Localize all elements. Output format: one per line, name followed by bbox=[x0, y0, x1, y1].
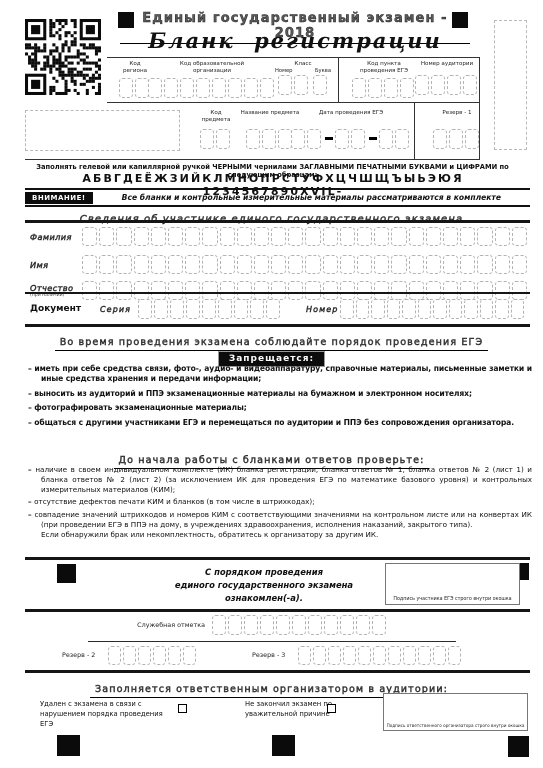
char-cell[interactable] bbox=[477, 281, 492, 300]
char-cell[interactable] bbox=[116, 227, 131, 246]
acknowledgement-text: С порядком проведения единого государств… bbox=[148, 566, 380, 605]
char-cell[interactable] bbox=[374, 227, 389, 246]
char-cell[interactable] bbox=[335, 129, 349, 149]
prohibited-item: иметь при себе средства связи, фото-, ау… bbox=[28, 364, 532, 385]
char-cell[interactable] bbox=[202, 227, 217, 246]
char-cell[interactable] bbox=[151, 255, 166, 274]
char-cell[interactable] bbox=[358, 646, 371, 665]
field-school-code-cells[interactable] bbox=[142, 78, 282, 98]
char-cell[interactable] bbox=[418, 646, 431, 665]
char-cell[interactable] bbox=[340, 615, 354, 635]
field-reserve-1: Резерв - 1 bbox=[431, 110, 483, 149]
char-cell[interactable] bbox=[216, 129, 230, 149]
field-subject-code: Код предмета bbox=[194, 110, 238, 149]
char-cell[interactable] bbox=[291, 129, 305, 149]
organizer-signature-caption: Подпись ответственного организатора стро… bbox=[384, 723, 527, 728]
char-cell[interactable] bbox=[343, 646, 356, 665]
char-cell[interactable] bbox=[328, 646, 341, 665]
not-finished-checkbox[interactable] bbox=[327, 704, 336, 713]
barcode-area-vertical bbox=[494, 20, 527, 150]
char-cell[interactable] bbox=[262, 129, 276, 149]
char-cell[interactable] bbox=[460, 227, 475, 246]
char-cell[interactable] bbox=[443, 281, 458, 300]
char-cell[interactable] bbox=[448, 646, 461, 665]
char-cell[interactable] bbox=[447, 75, 461, 95]
field-station-code: Код пункта проведения ЕГЭ bbox=[348, 61, 420, 98]
registration-mark-mid-left bbox=[57, 564, 76, 583]
char-cell[interactable] bbox=[324, 615, 338, 635]
char-cell[interactable] bbox=[403, 646, 416, 665]
section-bar bbox=[25, 324, 530, 327]
registration-mark-bottom-left bbox=[57, 735, 80, 756]
char-cell[interactable] bbox=[351, 129, 365, 149]
field-school-code: Код образовательной организации bbox=[142, 61, 282, 98]
firstname-label: Имя bbox=[30, 260, 82, 270]
char-cell[interactable] bbox=[170, 299, 184, 319]
char-cell[interactable] bbox=[218, 299, 232, 319]
char-cell[interactable] bbox=[212, 615, 226, 635]
participant-signature-caption: Подпись участника ЕГЭ строго внутри окош… bbox=[386, 597, 519, 602]
char-cell[interactable] bbox=[495, 299, 509, 319]
char-cell[interactable] bbox=[134, 255, 149, 274]
char-cell[interactable] bbox=[387, 299, 401, 319]
char-cell[interactable] bbox=[464, 299, 478, 319]
field-reserve-1-label: Резерв - 1 bbox=[431, 110, 483, 117]
check-item: совпадение значений штрихкодов и номеров… bbox=[28, 510, 532, 539]
reserve-3-label: Резерв - 3 bbox=[252, 651, 285, 659]
char-cell[interactable] bbox=[185, 255, 200, 274]
char-cell[interactable] bbox=[153, 646, 166, 665]
char-cell[interactable] bbox=[180, 78, 194, 98]
char-cell[interactable] bbox=[288, 281, 303, 300]
char-cell[interactable] bbox=[409, 281, 424, 300]
document-series-label: Серия bbox=[100, 305, 138, 314]
char-cell[interactable] bbox=[116, 255, 131, 274]
char-cell[interactable] bbox=[220, 255, 235, 274]
char-cell[interactable] bbox=[271, 255, 286, 274]
char-cell[interactable] bbox=[271, 227, 286, 246]
attention-text: Все бланки и контрольные измерительные м… bbox=[93, 193, 530, 202]
char-cell[interactable] bbox=[244, 78, 258, 98]
not-finished-label: Не закончил экзамен по уважительной прич… bbox=[245, 699, 360, 719]
char-cell[interactable] bbox=[254, 281, 269, 300]
patronymic-cells[interactable] bbox=[82, 281, 529, 300]
char-cell[interactable] bbox=[391, 227, 406, 246]
char-cell[interactable] bbox=[356, 299, 370, 319]
field-exam-date: Дата проведения ЕГЭ bbox=[293, 110, 409, 149]
char-cell[interactable] bbox=[271, 281, 286, 300]
surname-label: Фамилия bbox=[30, 232, 82, 242]
char-cell[interactable] bbox=[307, 129, 321, 149]
char-cell[interactable] bbox=[108, 646, 121, 665]
field-class-number-cells[interactable] bbox=[278, 75, 310, 95]
char-cell[interactable] bbox=[168, 255, 183, 274]
firstname-row: Имя bbox=[30, 255, 530, 274]
field-room-number: Номер аудитории bbox=[414, 61, 480, 95]
char-cell[interactable] bbox=[400, 78, 414, 98]
char-cell[interactable] bbox=[168, 227, 183, 246]
char-cell[interactable] bbox=[374, 281, 389, 300]
char-cell[interactable] bbox=[99, 227, 114, 246]
field-room-number-cells[interactable] bbox=[414, 75, 480, 95]
char-cell[interactable] bbox=[372, 615, 386, 635]
char-cell[interactable] bbox=[305, 227, 320, 246]
field-exam-date-month-cells[interactable] bbox=[335, 129, 367, 149]
char-cell[interactable] bbox=[443, 255, 458, 274]
document-row: Документ Серия Номер bbox=[30, 299, 535, 319]
char-cell[interactable] bbox=[116, 281, 131, 300]
field-subject-name-label: Название предмета bbox=[240, 110, 300, 117]
char-cell[interactable] bbox=[512, 281, 527, 300]
check-item: отсутствие дефектов печати КИМ и бланков… bbox=[28, 497, 532, 507]
char-cell[interactable] bbox=[276, 615, 290, 635]
field-class-letter-label: Буква bbox=[315, 68, 331, 74]
char-cell[interactable] bbox=[123, 646, 136, 665]
fields-table-mid-line bbox=[107, 102, 480, 103]
char-cell[interactable] bbox=[340, 227, 355, 246]
char-cell[interactable] bbox=[402, 299, 416, 319]
char-cell[interactable] bbox=[308, 615, 322, 635]
char-cell[interactable] bbox=[418, 299, 432, 319]
registration-mark-bottom-right bbox=[508, 736, 529, 757]
char-cell[interactable] bbox=[202, 281, 217, 300]
char-cell[interactable] bbox=[305, 281, 320, 300]
char-cell[interactable] bbox=[477, 227, 492, 246]
prohibited-item: выносить из аудиторий и ППЭ экзаменацион… bbox=[28, 389, 532, 399]
char-cell[interactable] bbox=[391, 255, 406, 274]
char-cell[interactable] bbox=[237, 227, 252, 246]
barcode-area-horizontal bbox=[25, 110, 180, 151]
char-cell[interactable] bbox=[186, 299, 200, 319]
char-cell[interactable] bbox=[477, 255, 492, 274]
field-exam-date-day-cells[interactable] bbox=[291, 129, 323, 149]
char-cell[interactable] bbox=[371, 299, 385, 319]
field-subject-code-label: Код предмета bbox=[194, 110, 238, 124]
char-cell[interactable] bbox=[409, 255, 424, 274]
char-cell[interactable] bbox=[374, 255, 389, 274]
char-cell[interactable] bbox=[357, 281, 372, 300]
char-cell[interactable] bbox=[266, 299, 280, 319]
char-cell[interactable] bbox=[323, 227, 338, 246]
char-cell[interactable] bbox=[278, 75, 292, 95]
reserve-2-label: Резерв - 2 bbox=[62, 651, 95, 659]
char-cell[interactable] bbox=[512, 255, 527, 274]
date-separator-dash bbox=[369, 137, 377, 140]
char-cell[interactable] bbox=[431, 75, 445, 95]
service-divider-line bbox=[88, 641, 456, 642]
participant-signature-box[interactable]: Подпись участника ЕГЭ строго внутри окош… bbox=[385, 563, 520, 605]
char-cell[interactable] bbox=[395, 129, 409, 149]
char-cell[interactable] bbox=[449, 299, 463, 319]
char-cell[interactable] bbox=[449, 129, 463, 149]
char-cell[interactable] bbox=[292, 615, 306, 635]
document-number-label: Номер bbox=[306, 305, 340, 314]
char-cell[interactable] bbox=[511, 299, 525, 319]
removed-from-exam-label: Удален с экзамена в связи с нарушением п… bbox=[40, 699, 175, 730]
registration-form-page: Единый государственный экзамен - 2018 Бл… bbox=[0, 0, 543, 768]
char-cell[interactable] bbox=[298, 646, 311, 665]
char-cell[interactable] bbox=[254, 227, 269, 246]
char-cell[interactable] bbox=[433, 129, 447, 149]
surname-cells[interactable] bbox=[82, 227, 529, 246]
field-subject-code-cells[interactable] bbox=[194, 129, 238, 149]
char-cell[interactable] bbox=[463, 75, 477, 95]
field-reserve-1-cells[interactable] bbox=[431, 129, 483, 149]
char-cell[interactable] bbox=[237, 281, 252, 300]
char-cell[interactable] bbox=[433, 646, 446, 665]
fields-row1-divider bbox=[338, 57, 339, 103]
char-cell[interactable] bbox=[260, 615, 274, 635]
char-cell[interactable] bbox=[82, 227, 97, 246]
char-cell[interactable] bbox=[164, 78, 178, 98]
char-cell[interactable] bbox=[237, 255, 252, 274]
char-cell[interactable] bbox=[465, 129, 479, 149]
prohibited-list: иметь при себе средства связи, фото-, ау… bbox=[28, 364, 532, 432]
char-cell[interactable] bbox=[168, 281, 183, 300]
char-cell[interactable] bbox=[99, 255, 114, 274]
char-cell[interactable] bbox=[460, 281, 475, 300]
char-cell[interactable] bbox=[278, 129, 292, 149]
char-cell[interactable] bbox=[460, 255, 475, 274]
char-cell[interactable] bbox=[352, 78, 366, 98]
char-cell[interactable] bbox=[426, 281, 441, 300]
char-cell[interactable] bbox=[340, 281, 355, 300]
char-cell[interactable] bbox=[313, 646, 326, 665]
form-title: Бланк регистрации bbox=[130, 28, 460, 53]
char-cell[interactable] bbox=[373, 646, 386, 665]
char-cell[interactable] bbox=[246, 129, 260, 149]
char-cell[interactable] bbox=[313, 75, 327, 95]
field-exam-date-label: Дата проведения ЕГЭ bbox=[293, 110, 409, 117]
attention-strip: ВНИМАНИЕ! Все бланки и контрольные измер… bbox=[25, 188, 530, 207]
char-cell[interactable] bbox=[134, 227, 149, 246]
char-cell[interactable] bbox=[512, 227, 527, 246]
section-bar bbox=[25, 220, 530, 223]
char-cell[interactable] bbox=[183, 646, 196, 665]
char-cell[interactable] bbox=[384, 78, 398, 98]
char-cell[interactable] bbox=[99, 281, 114, 300]
char-cell[interactable] bbox=[228, 615, 242, 635]
char-cell[interactable] bbox=[356, 615, 370, 635]
char-cell[interactable] bbox=[323, 281, 338, 300]
char-cell[interactable] bbox=[168, 646, 181, 665]
field-school-code-label: Код образовательной организации bbox=[142, 61, 282, 75]
field-class: Класс Номер Буква bbox=[272, 61, 334, 95]
fields-table-top-line bbox=[107, 57, 480, 58]
char-cell[interactable] bbox=[294, 75, 308, 95]
char-cell[interactable] bbox=[119, 78, 133, 98]
char-cell[interactable] bbox=[148, 78, 162, 98]
char-cell[interactable] bbox=[368, 78, 382, 98]
char-cell[interactable] bbox=[357, 255, 372, 274]
patronymic-row: Отчество (при наличии) bbox=[30, 281, 530, 300]
char-cell[interactable] bbox=[138, 646, 151, 665]
section-bar bbox=[25, 670, 530, 673]
check-item: наличие в своем индивидуальном комплекте… bbox=[28, 465, 532, 494]
char-cell[interactable] bbox=[212, 78, 226, 98]
field-class-label: Класс bbox=[272, 61, 334, 68]
char-cell[interactable] bbox=[196, 78, 210, 98]
char-cell[interactable] bbox=[220, 227, 235, 246]
surname-row: Фамилия bbox=[30, 227, 530, 246]
char-cell[interactable] bbox=[138, 299, 152, 319]
char-cell[interactable] bbox=[154, 299, 168, 319]
qr-code-icon bbox=[25, 19, 101, 95]
field-class-number-label: Номер bbox=[275, 68, 292, 74]
char-cell[interactable] bbox=[426, 227, 441, 246]
char-cell[interactable] bbox=[388, 646, 401, 665]
reserve-2-cells[interactable] bbox=[108, 646, 198, 665]
date-separator-dash bbox=[325, 137, 333, 140]
char-cell[interactable] bbox=[151, 227, 166, 246]
attention-badge: ВНИМАНИЕ! bbox=[25, 192, 93, 204]
document-number-cells[interactable] bbox=[340, 299, 526, 319]
char-cell[interactable] bbox=[185, 227, 200, 246]
field-exam-date-year-cells[interactable] bbox=[379, 129, 411, 149]
char-cell[interactable] bbox=[234, 299, 248, 319]
char-cell[interactable] bbox=[228, 78, 242, 98]
prohibited-item: общаться с другими участниками ЕГЭ и пер… bbox=[28, 418, 532, 428]
char-cell[interactable] bbox=[82, 281, 97, 300]
char-cell[interactable] bbox=[415, 75, 429, 95]
char-cell[interactable] bbox=[254, 255, 269, 274]
firstname-cells[interactable] bbox=[82, 255, 529, 274]
removed-from-exam-checkbox[interactable] bbox=[178, 704, 187, 713]
char-cell[interactable] bbox=[409, 227, 424, 246]
reserve-3-cells[interactable] bbox=[298, 646, 463, 665]
char-cell[interactable] bbox=[185, 281, 200, 300]
section-bar bbox=[25, 557, 530, 560]
char-cell[interactable] bbox=[340, 299, 354, 319]
field-station-code-label: Код пункта проведения ЕГЭ bbox=[348, 61, 420, 75]
field-room-number-label: Номер аудитории bbox=[414, 61, 480, 68]
char-cell[interactable] bbox=[200, 129, 214, 149]
organizer-signature-box[interactable]: Подпись ответственного организатора стро… bbox=[383, 693, 528, 731]
check-list: наличие в своем индивидуальном комплекте… bbox=[28, 465, 532, 543]
service-mark-label: Служебная отметка bbox=[100, 621, 205, 629]
char-cell[interactable] bbox=[379, 129, 393, 149]
field-class-letter-cells[interactable] bbox=[313, 75, 329, 95]
char-cell[interactable] bbox=[82, 255, 97, 274]
char-cell[interactable] bbox=[250, 299, 264, 319]
section-bar bbox=[25, 292, 530, 295]
document-label: Документ bbox=[30, 304, 100, 314]
char-cell[interactable] bbox=[305, 255, 320, 274]
section-bar bbox=[25, 609, 530, 612]
prohibited-item: фотографировать экзаменационные материал… bbox=[28, 403, 532, 413]
char-cell[interactable] bbox=[495, 281, 510, 300]
char-cell[interactable] bbox=[495, 255, 510, 274]
char-cell[interactable] bbox=[357, 227, 372, 246]
document-series-cells[interactable] bbox=[138, 299, 282, 319]
char-cell[interactable] bbox=[288, 227, 303, 246]
char-cell[interactable] bbox=[288, 255, 303, 274]
fields-row2-divider bbox=[414, 102, 415, 160]
char-cell[interactable] bbox=[151, 281, 166, 300]
char-cell[interactable] bbox=[134, 281, 149, 300]
char-cell[interactable] bbox=[433, 299, 447, 319]
char-cell[interactable] bbox=[220, 281, 235, 300]
char-cell[interactable] bbox=[340, 255, 355, 274]
registration-mark-bottom-center bbox=[272, 735, 295, 756]
service-mark-cells[interactable] bbox=[212, 615, 388, 635]
char-cell[interactable] bbox=[480, 299, 494, 319]
char-cell[interactable] bbox=[323, 255, 338, 274]
char-cell[interactable] bbox=[244, 615, 258, 635]
char-cell[interactable] bbox=[426, 255, 441, 274]
field-station-code-cells[interactable] bbox=[348, 78, 420, 98]
char-cell[interactable] bbox=[391, 281, 406, 300]
char-cell[interactable] bbox=[202, 255, 217, 274]
fields-table-bottom-line bbox=[25, 159, 480, 160]
char-cell[interactable] bbox=[202, 299, 216, 319]
char-cell[interactable] bbox=[443, 227, 458, 246]
char-cell[interactable] bbox=[495, 227, 510, 246]
